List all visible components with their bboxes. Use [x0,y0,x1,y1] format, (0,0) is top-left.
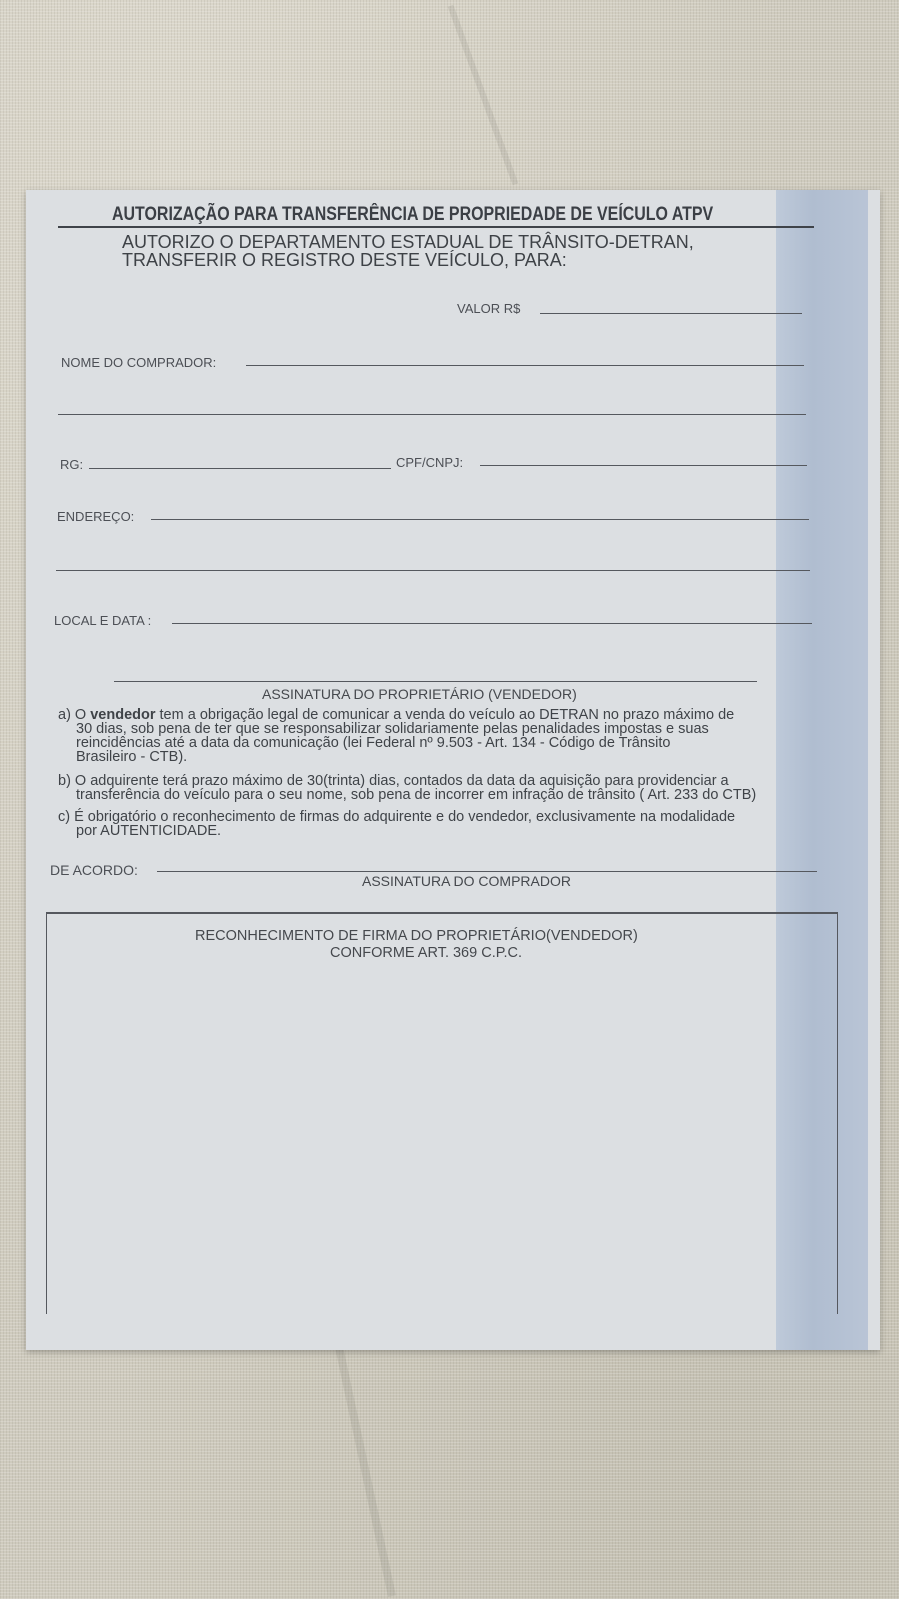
seller-signature-line[interactable] [114,681,757,682]
note-a-line-2: 30 dias, sob pena de ter que se responsa… [58,722,818,736]
notary-box-subtitle: CONFORME ART. 369 C.P.C. [330,945,522,961]
cpf-cnpj-field[interactable] [480,465,807,466]
rg-label: RG: [60,457,83,472]
address-field-line-2[interactable] [56,570,810,571]
buyer-name-field-line-2[interactable] [58,414,806,415]
title-divider [58,226,814,228]
authorization-line-2: TRANSFERIR O REGISTRO DESTE VEÍCULO, PAR… [122,250,567,271]
buyer-name-label: NOME DO COMPRADOR: [61,355,216,370]
address-field[interactable] [151,519,809,520]
notary-box-title: RECONHECIMENTO DE FIRMA DO PROPRIETÁRIO(… [195,928,638,944]
seller-signature-caption: ASSINATURA DO PROPRIETÁRIO (VENDEDOR) [262,686,577,702]
cpf-cnpj-label: CPF/CNPJ: [396,455,463,470]
legal-note-a: a) O vendedor tem a obrigação legal de c… [58,708,818,764]
fabric-fold [332,1332,396,1597]
legal-note-b: b) O adquirente terá prazo máximo de 30(… [58,774,818,802]
notary-recognition-box[interactable] [46,912,838,1314]
note-a-line-3: reincidências até a data da comunicação … [58,736,818,750]
form-title: AUTORIZAÇÃO PARA TRANSFERÊNCIA DE PROPRI… [112,204,713,226]
place-date-label: LOCAL E DATA : [54,613,151,628]
buyer-name-field[interactable] [246,365,804,366]
address-label: ENDEREÇO: [57,509,134,524]
valor-label: VALOR R$ [457,301,520,316]
fabric-fold [448,5,519,186]
note-b-line-2: transferência do veículo para o seu nome… [58,788,818,802]
buyer-signature-line[interactable] [157,871,817,872]
valor-field[interactable] [540,313,802,314]
place-date-field[interactable] [172,623,812,624]
de-acordo-label: DE ACORDO: [50,862,138,878]
legal-note-c: c) É obrigatório o reconhecimento de fir… [58,810,818,838]
rg-field[interactable] [89,468,391,469]
note-a-line-4: Brasileiro - CTB). [58,750,818,764]
buyer-signature-caption: ASSINATURA DO COMPRADOR [362,873,571,889]
note-c-line-2: por AUTENTICIDADE. [58,824,818,838]
